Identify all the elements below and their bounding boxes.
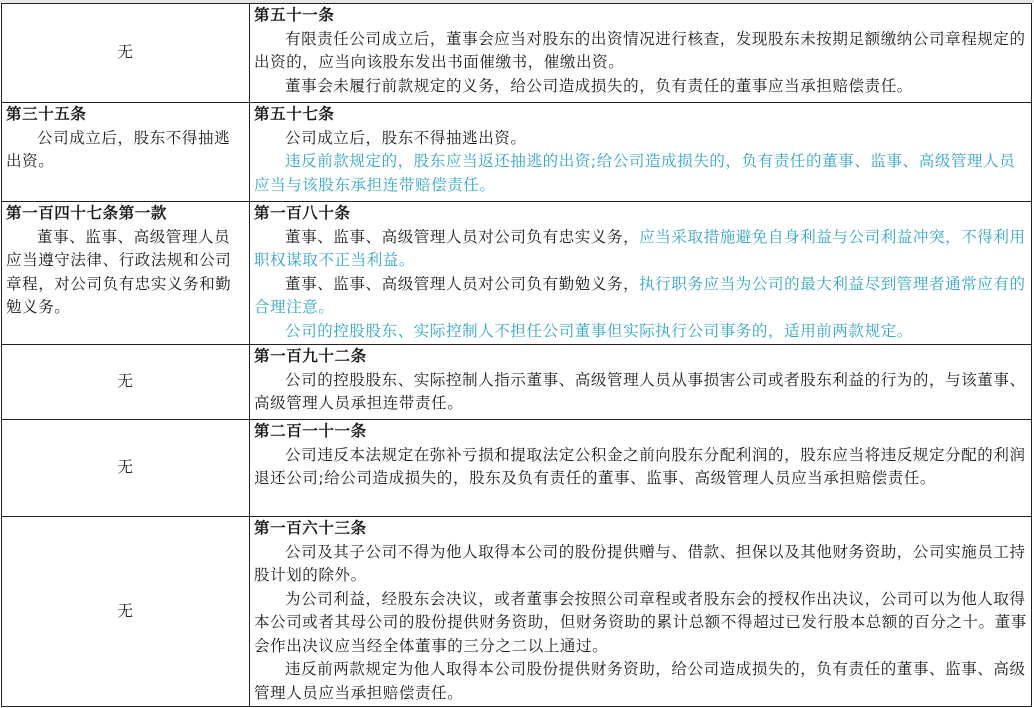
old-article-cell: 无 [2, 345, 250, 420]
text-segment: 公司违反本法规定在弥补亏损和提取法定公积金之前向股东分配利润的，股东应当将违反规… [254, 446, 1026, 488]
article-paragraph: 董事会未履行前款规定的义务，给公司造成损失的，负有责任的董事应当承担赔偿责任。 [254, 75, 1027, 99]
none-label: 无 [117, 602, 133, 620]
text-segment: 董事会未履行前款规定的义务，给公司造成损失的，负有责任的董事应当承担赔偿责任。 [285, 77, 913, 95]
article-title: 第一百八十条 [254, 202, 1027, 226]
article-title: 第五十七条 [254, 103, 1027, 127]
new-article-cell: 第一百九十二条 公司的控股股东、实际控制人指示董事、高级管理人员从事损害公司或者… [250, 345, 1032, 420]
article-paragraph: 公司的控股股东、实际控制人指示董事、高级管理人员从事损害公司或者股东利益的行为的… [254, 369, 1027, 416]
new-article-cell: 第五十七条 公司成立后，股东不得抽逃出资。 违反前款规定的，股东应当返还抽逃的出… [250, 103, 1032, 202]
text-segment: 公司及其子公司不得为他人取得本公司的股份提供赠与、借款、担保以及其他财务资助，公… [254, 543, 1026, 585]
text-segment: 董事、监事、高级管理人员对公司负有忠实义务， [285, 228, 639, 246]
article-title: 第二百一十一条 [254, 420, 1027, 444]
highlighted-text-segment: 公司的控股股东、实际控制人不担任公司董事但实际执行公司事务的，适用前两款规定。 [285, 322, 913, 340]
article-title: 第三十五条 [6, 103, 245, 127]
old-article-cell: 无 [2, 4, 250, 103]
old-article-cell: 无 [2, 420, 250, 517]
article-paragraph: 董事、监事、高级管理人员对公司负有忠实义务，应当采取措施避免自身利益与公司利益冲… [254, 226, 1027, 273]
old-article-cell: 第三十五条 公司成立后，股东不得抽逃出资。 [2, 103, 250, 202]
old-article-cell: 第一百四十七条第一款 董事、监事、高级管理人员应当遵守法律、行政法规和公司章程，… [2, 202, 250, 345]
text-segment: 董事、监事、高级管理人员对公司负有勤勉义务， [285, 275, 639, 293]
article-title: 第一百六十三条 [254, 517, 1027, 541]
article-title: 第一百九十二条 [254, 345, 1027, 369]
article-paragraph: 公司成立后，股东不得抽逃出资。 [6, 127, 245, 174]
article-paragraph: 有限责任公司成立后，董事会应当对股东的出资情况进行核查，发现股东未按期足额缴纳公… [254, 28, 1027, 75]
article-title: 第一百四十七条第一款 [6, 202, 245, 226]
highlighted-text-segment: 违反前款规定的，股东应当返还抽逃的出资;给公司造成损失的，负有责任的董事、监事、… [254, 152, 1015, 194]
new-article-cell: 第一百六十三条 公司及其子公司不得为他人取得本公司的股份提供赠与、借款、担保以及… [250, 517, 1032, 707]
table-row: 第一百四十七条第一款 董事、监事、高级管理人员应当遵守法律、行政法规和公司章程，… [2, 202, 1032, 345]
article-paragraph: 违反前两款规定为他人取得本公司股份提供财务资助，给公司造成损失的，负有责任的董事… [254, 658, 1027, 705]
none-label: 无 [117, 372, 133, 390]
article-paragraph: 董事、监事、高级管理人员应当遵守法律、行政法规和公司章程，对公司负有忠实义务和勤… [6, 226, 245, 320]
new-article-cell: 第五十一条 有限责任公司成立后，董事会应当对股东的出资情况进行核查，发现股东未按… [250, 4, 1032, 103]
article-paragraph: 为公司利益，经股东会决议，或者董事会按照公司章程或者股东会的授权作出决议，公司可… [254, 588, 1027, 659]
table-row: 无 第一百九十二条 公司的控股股东、实际控制人指示董事、高级管理人员从事损害公司… [2, 345, 1032, 420]
article-paragraph: 公司的控股股东、实际控制人不担任公司董事但实际执行公司事务的，适用前两款规定。 [254, 320, 1027, 344]
text-segment: 违反前两款规定为他人取得本公司股份提供财务资助，给公司造成损失的，负有责任的董事… [254, 660, 1026, 702]
new-article-cell: 第二百一十一条 公司违反本法规定在弥补亏损和提取法定公积金之前向股东分配利润的，… [250, 420, 1032, 517]
article-paragraph: 公司及其子公司不得为他人取得本公司的股份提供赠与、借款、担保以及其他财务资助，公… [254, 541, 1027, 588]
text-segment: 有限责任公司成立后，董事会应当对股东的出资情况进行核查，发现股东未按期足额缴纳公… [254, 30, 1026, 72]
table-row: 第三十五条 公司成立后，股东不得抽逃出资。 第五十七条 公司成立后，股东不得抽逃… [2, 103, 1032, 202]
table-row: 无 第二百一十一条 公司违反本法规定在弥补亏损和提取法定公积金之前向股东分配利润… [2, 420, 1032, 517]
text-segment: 为公司利益，经股东会决议，或者董事会按照公司章程或者股东会的授权作出决议，公司可… [254, 590, 1027, 655]
none-label: 无 [117, 43, 133, 61]
article-paragraph: 董事、监事、高级管理人员对公司负有勤勉义务，执行职务应当为公司的最大利益尽到管理… [254, 273, 1027, 320]
law-comparison-table: 无 第五十一条 有限责任公司成立后，董事会应当对股东的出资情况进行核查，发现股东… [1, 3, 1032, 707]
table-row: 无 第五十一条 有限责任公司成立后，董事会应当对股东的出资情况进行核查，发现股东… [2, 4, 1032, 103]
table-row: 无 第一百六十三条 公司及其子公司不得为他人取得本公司的股份提供赠与、借款、担保… [2, 517, 1032, 707]
article-paragraph: 公司违反本法规定在弥补亏损和提取法定公积金之前向股东分配利润的，股东应当将违反规… [254, 444, 1027, 491]
none-label: 无 [117, 458, 133, 476]
text-segment: 公司的控股股东、实际控制人指示董事、高级管理人员从事损害公司或者股东利益的行为的… [254, 371, 1026, 413]
article-paragraph: 公司成立后，股东不得抽逃出资。 [254, 127, 1027, 151]
article-paragraph: 违反前款规定的，股东应当返还抽逃的出资;给公司造成损失的，负有责任的董事、监事、… [254, 150, 1027, 197]
text-segment: 公司成立后，股东不得抽逃出资。 [285, 129, 527, 147]
old-article-cell: 无 [2, 517, 250, 707]
new-article-cell: 第一百八十条 董事、监事、高级管理人员对公司负有忠实义务，应当采取措施避免自身利… [250, 202, 1032, 345]
article-title: 第五十一条 [254, 4, 1027, 28]
